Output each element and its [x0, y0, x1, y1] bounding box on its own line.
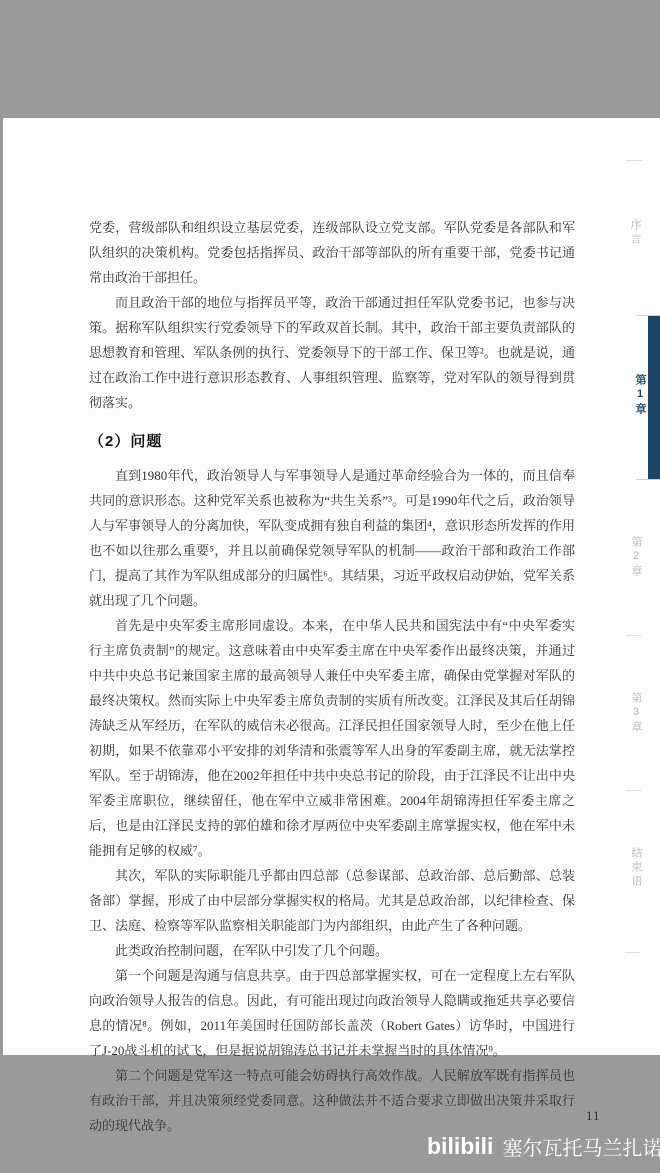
bilibili-logo: bilibili: [427, 1133, 493, 1160]
sidebar-divider: [626, 635, 641, 636]
paragraph: 党委，营级部队和组织设立基层党委，连级部队设立党支部。军队党委是各部队和军队组织…: [89, 215, 575, 290]
screen: 党委，营级部队和组织设立基层党委，连级部队设立党支部。军队党委是各部队和军队组织…: [0, 0, 660, 1173]
book-page: 党委，营级部队和组织设立基层党委，连级部队设立党支部。军队党委是各部队和军队组织…: [3, 118, 660, 1055]
sidebar-item-conclusion: 结束语: [628, 847, 644, 889]
watermark: bilibili 塞尔瓦托马兰扎诺: [427, 1132, 660, 1161]
sidebar-item-chapter3: 第3章: [628, 692, 644, 735]
paragraph: 首先是中央军委主席形同虚设。本来，在中华人民共和国宪法中有“中央军委实行主席负责…: [89, 613, 575, 863]
watermark-username: 塞尔瓦托马兰扎诺: [502, 1132, 660, 1161]
section-heading: （2）问题: [89, 429, 575, 454]
paragraph: 而且政治干部的地位与指挥员平等，政治干部通过担任军队党委书记，也参与决策。据称军…: [89, 290, 575, 415]
paragraph: 第二个问题是党军这一特点可能会妨碍执行高效作战。人民解放军既有指挥员也有政治干部…: [89, 1063, 575, 1138]
chapter1-tab-edge: [636, 479, 660, 480]
paragraph: 第一个问题是沟通与信息共享。由于四总部掌握实权，可在一定程度上左右军队向政治领导…: [89, 963, 575, 1063]
body-text-column: 党委，营级部队和组织设立基层党委，连级部队设立党支部。军队党委是各部队和军队组织…: [89, 215, 575, 1138]
sidebar-item-chapter2: 第2章: [628, 536, 644, 579]
page-number: 11: [586, 1108, 601, 1124]
sidebar-item-chapter1: 第1章: [632, 374, 648, 417]
sidebar-item-preface: 序言: [627, 219, 643, 247]
sidebar-divider: [625, 952, 640, 953]
paragraph: 直到1980年代，政治领导人与军事领导人是通过革命经验合为一体的，而且信奉共同的…: [89, 463, 575, 613]
sidebar-divider: [626, 160, 642, 161]
sidebar-divider: [626, 790, 641, 791]
paragraph: 此类政治控制问题，在军队中引发了几个问题。: [89, 938, 575, 963]
paragraph: 其次，军队的实际职能几乎都由四总部（总参谋部、总政治部、总后勤部、总装备部）掌握…: [89, 863, 575, 938]
chapter1-tab-marker: [648, 316, 660, 479]
